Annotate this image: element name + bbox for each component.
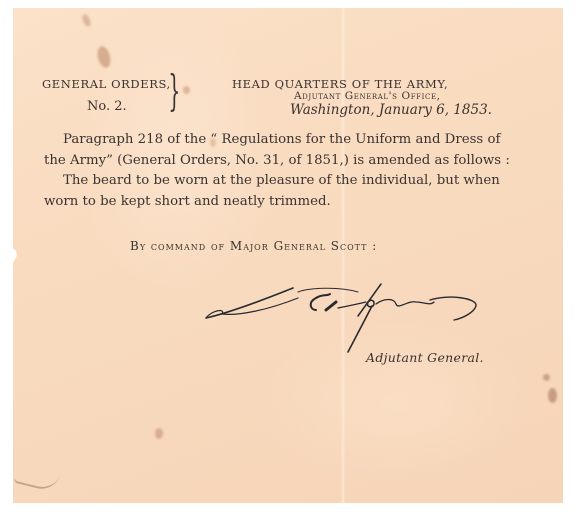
dateline: Washington, January 6, 1853.	[290, 102, 492, 118]
paper-stain	[155, 428, 163, 439]
paper-stain	[548, 388, 557, 403]
headquarters-heading: HEAD QUARTERS OF THE ARMY,	[232, 77, 448, 91]
paper-curl	[13, 463, 61, 493]
order-body: Paragraph 218 of the “ Regulations for t…	[44, 130, 510, 212]
paper-stain	[95, 45, 112, 69]
general-orders-label: GENERAL ORDERS,	[42, 77, 171, 91]
paper-stain	[543, 374, 550, 381]
body-line: worn to be kept short and neatly trimmed…	[44, 192, 510, 213]
body-line: Paragraph 218 of the “ Regulations for t…	[44, 130, 510, 151]
general-orders-number: No. 2.	[87, 99, 127, 114]
command-line: By command of Major General Scott :	[130, 239, 377, 253]
body-line: The beard to be worn at the pleasure of …	[44, 171, 510, 192]
body-line: the Army” (General Orders, No. 31, of 18…	[44, 151, 510, 172]
paper-stain	[81, 13, 93, 28]
paper-stain	[183, 86, 190, 94]
adjutant-office-line: Adjutant General's Office,	[294, 90, 441, 102]
brace-icon: }	[168, 70, 180, 112]
signer-title: Adjutant General.	[366, 350, 484, 365]
signature-icon	[198, 280, 498, 360]
